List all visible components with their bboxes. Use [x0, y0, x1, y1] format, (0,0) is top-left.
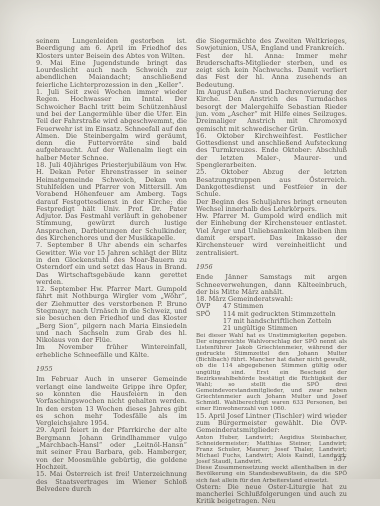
text-column-right: die Siegermächte des Zweiten Weltkrieges… [196, 38, 347, 479]
paragraph: die Siegermächte des Zweiten Weltkrieges… [196, 38, 347, 53]
paragraph: 18. Juli 40jähriges Priesterjubiläum von… [36, 162, 187, 242]
tally-party [196, 318, 223, 325]
year-heading: 1955 [36, 366, 187, 373]
tally-party [196, 325, 223, 332]
scanned-book-page: seinem Lungenleiden gestorben ist. Beerd… [0, 0, 380, 479]
paragraph: 29. April feiert in der Pfarrkirche der … [36, 427, 187, 471]
tally-detail: 21 ungültige Stimmen [223, 325, 347, 332]
paragraph: seinem Lungenleiden gestorben ist. Beerd… [36, 38, 187, 60]
paragraph: 7. September 8 Uhr abends ein scharfes G… [36, 242, 187, 286]
paragraph: Hw. Pfarrer M. Gumpold wird endlich mit … [196, 213, 347, 257]
paragraph: Im August Außen- und Dachrenovierung der… [196, 89, 347, 133]
paragraph: Im November früher Wintereinfall, erhebl… [36, 344, 187, 359]
paragraph: 9. Mai Eine Jugendstunde bringt das Lour… [36, 60, 187, 89]
paragraph: 12. September Hw. Pfarrer Mart. Gumpold … [36, 286, 187, 344]
paragraph: Fest der hl. Anna: Immer mehr Bruderscha… [196, 53, 347, 89]
paragraph: 1. Juli Seit zwei Wochen immer wieder Re… [36, 89, 187, 162]
tally-row: 21 ungültige Stimmen [196, 325, 347, 332]
small-print-paragraph: Bei dieser Wahl hat es Unstimmigkeiten g… [196, 333, 347, 413]
paragraph: 15. April Josef Lintner (Tischler) wird … [196, 413, 347, 435]
vote-tally: ÖVP47 StimmenSPÖ114 mit gedruckten Stimm… [196, 303, 347, 332]
paragraph: Ende Jänner Samstags mit argen Schneever… [196, 274, 347, 296]
small-print-paragraph: Diese Zusammensetzung weckt allenthalben… [196, 465, 347, 479]
year-heading: 1956 [196, 264, 347, 271]
paragraph: 16. Oktober Kirchweihfest. Festlicher Go… [196, 133, 347, 169]
paragraph: 18. März Gemeinderatswahl: [196, 296, 347, 303]
paragraph: Der Beginn des Schuljahres bringt erneut… [196, 199, 347, 214]
text-column-left: seinem Lungenleiden gestorben ist. Beerd… [36, 38, 187, 479]
small-print-paragraph: Anton Huber, Landwirt; Aegidius Steinbac… [196, 435, 347, 466]
page-number: 537 [333, 455, 346, 463]
paragraph: 25. Oktober Abzug der letzten Besatzungs… [196, 169, 347, 198]
paragraph: Im Februar Auch in unserer Gemeinde verl… [36, 376, 187, 427]
paragraph: 15. Mai Österreich ist frei! Unterzeichn… [36, 471, 187, 479]
tally-party: SPÖ [196, 311, 223, 318]
